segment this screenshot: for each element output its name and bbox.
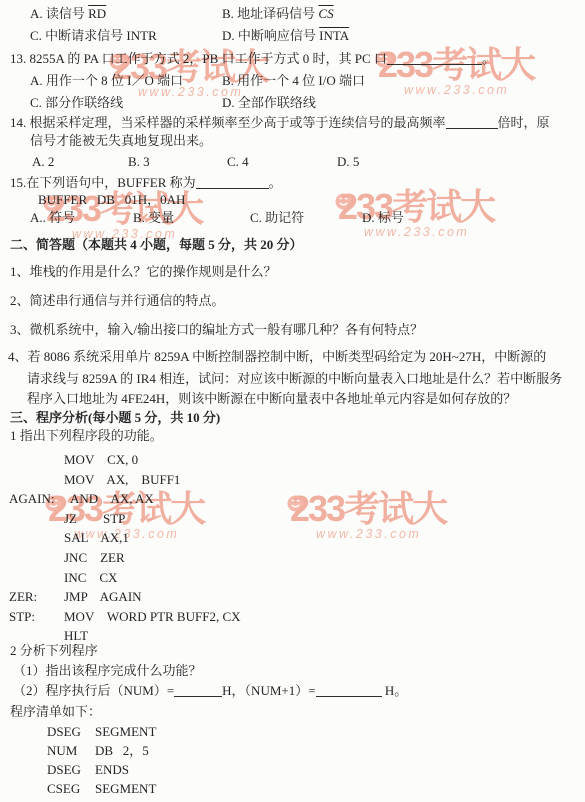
q12-option-a-text: A. 读信号 — [30, 6, 88, 21]
part-2-question-1: （1）指出该程序完成什么功能？ — [13, 663, 202, 678]
q15-stem-period: 。 — [269, 175, 282, 190]
q15-option-c: C. 助记符 — [250, 210, 304, 225]
q13-option-c: C. 部分作联络线 — [30, 95, 123, 110]
section-2-item-4-line-2: 请求线与 8259A 的 IR4 相连，试问：对应该中断源的中断向量表入口地址是… — [27, 371, 562, 386]
section-2-item-2: 2、简述串行通信与并行通信的特点。 — [10, 293, 225, 308]
section-2-item-1: 1、堆栈的作用是什么？它的操作规则是什么？ — [10, 264, 277, 279]
q14-answer-blank — [446, 115, 498, 129]
section-2-item-3-text: 3、微机系统中，输入/输出接口的编址方式一般有哪几种？各有何特点？ — [10, 322, 423, 337]
section-2-item-4-line-1: 4、若 8086 系统采用单片 8259A 中断控制器控制中断，中断类型码给定为… — [8, 349, 546, 364]
q14-stem-text: 14. 根据采样定理，当采样器的采样频率至少高于或等于连续信号的最高频率 — [10, 115, 446, 130]
q15-option-a: A.. 符号 — [30, 210, 75, 225]
q14-stem-line-2-text: 信号才能被无失真地复现出来。 — [30, 133, 212, 148]
q13-stem-period: 。 — [482, 51, 495, 66]
q13-option-d: D. 全部作联络线 — [222, 95, 316, 110]
q12-option-a: A. 读信号 RD — [30, 6, 106, 21]
signal-rd-overline: RD — [88, 6, 106, 21]
num-answer-blank — [174, 683, 222, 697]
asm-instruction: MOV WORD PTR BUFF2, CX — [64, 609, 241, 624]
q14-option-a: A. 2 — [32, 154, 54, 169]
part-2-question-2-text: （2）程序执行后（NUM）= — [13, 683, 174, 698]
part-2-question-1-text: （1）指出该程序完成什么功能？ — [13, 663, 202, 678]
segment-name: NUM — [47, 743, 77, 758]
watermark-logo-text: 233考试大 — [290, 488, 446, 529]
asm-instruction: MOV AX, BUFF1 — [64, 472, 180, 487]
q12-option-c-text: C. 中断请求信号 INTR — [30, 28, 157, 43]
asm-instruction: MOV CX, 0 — [64, 452, 138, 467]
q13-stem-text: 13. 8255A 的 PA 口工作于方式 2，PB 口工作于方式 0 时，其 … — [10, 51, 387, 66]
q12-option-b: B. 地址译码信号 CS — [222, 6, 334, 21]
asm-label: AGAIN: — [9, 491, 55, 506]
q13-answer-blank — [387, 51, 482, 65]
asm-instruction: HLT — [64, 628, 88, 643]
segment-directive: SEGMENT — [95, 781, 156, 796]
q15-options-row: A.. 符号 B. 变量 C. 助记符 D. 标号 — [0, 210, 585, 300]
section-2-item-1-text: 1、堆栈的作用是什么？它的操作规则是什么？ — [10, 264, 277, 279]
watermark: 233考试大 www.233.com — [290, 492, 446, 541]
q15-answer-blank — [196, 175, 269, 189]
segment-name: CSEG — [47, 781, 80, 796]
section-3-part-2-title: 2 分析下列程序 — [10, 643, 98, 658]
q13-option-b: B. 用作一个 4 位 I/O 端口 — [222, 73, 365, 88]
q12-option-d-text: D. 中断响应信号 — [222, 28, 319, 43]
q15-option-b: B. 变量 — [133, 210, 174, 225]
section-2-item-4-line-2-text: 请求线与 8259A 的 IR4 相连，试问：对应该中断源的中断向量表入口地址是… — [27, 371, 562, 386]
num-plus-1-answer-blank — [316, 683, 382, 697]
section-2-heading-text: 二、简答题（本题共 4 小题，每题 5 分，共 20 分） — [10, 237, 303, 252]
q14-stem-line-2: 信号才能被无失真地复现出来。 — [30, 133, 212, 148]
section-2-item-2-text: 2、简述串行通信与并行通信的特点。 — [10, 293, 225, 308]
asm-label: ZER: — [9, 589, 37, 604]
q14-option-c: C. 4 — [227, 154, 249, 169]
asm-instruction: INC CX — [64, 570, 117, 585]
part-2-question-2-end-text: H。 — [382, 683, 408, 698]
q14-option-b: B. 3 — [128, 154, 150, 169]
listing-title-text: 程序清单如下： — [10, 704, 101, 719]
section-3-heading: 三、程序分析(每小题 5 分，共 10 分) — [10, 410, 220, 425]
section-3-part-2-title-text: 2 分析下列程序 — [10, 643, 98, 658]
signal-inta-overline: INTA — [319, 28, 349, 43]
watermark-url: www.233.com — [316, 527, 446, 541]
segment-directive: ENDS — [95, 762, 129, 777]
section-3-part-1-title-text: 1 指出下列程序段的功能。 — [10, 428, 163, 443]
section-3-heading-text: 三、程序分析(每小题 5 分，共 10 分) — [10, 410, 220, 425]
q12-option-d: D. 中断响应信号 INTA — [222, 28, 349, 43]
q15-stem-text: 15.在下列语句中，BUFFER 称为 — [10, 175, 196, 190]
q14-stem-tail: 倍时，原 — [498, 115, 550, 130]
asm-instruction: SAL AX,1 — [64, 530, 129, 545]
segment-directive: DB 2，5 — [95, 743, 149, 758]
q14-option-d: D. 5 — [337, 154, 359, 169]
asm-label: STP: — [9, 609, 35, 624]
asm-instruction: JZ STP — [64, 511, 125, 526]
section-2-item-4-line-3-text: 程序入口地址为 4FE24H，则该中断源在中断向量表中各地址单元内容是如何存放的… — [27, 391, 516, 406]
q12-option-b-text: B. 地址译码信号 — [222, 6, 318, 21]
listing-title: 程序清单如下： — [10, 704, 101, 719]
q14-stem-line-1: 14. 根据采样定理，当采样器的采样频率至少高于或等于连续信号的最高频率倍时，原 — [10, 115, 550, 130]
q15-stem: 15.在下列语句中，BUFFER 称为。 — [10, 175, 282, 190]
part-2-question-2: （2）程序执行后（NUM）=H，（NUM+1）= H。 — [13, 683, 407, 698]
section-2-heading: 二、简答题（本题共 4 小题，每题 5 分，共 20 分） — [10, 237, 303, 252]
q15-code-line: BUFFER DB 01H，0AH — [38, 192, 185, 207]
segment-name: DSEG — [47, 724, 81, 739]
section-2-item-4-line-3: 程序入口地址为 4FE24H，则该中断源在中断向量表中各地址单元内容是如何存放的… — [27, 391, 516, 406]
q13-option-a: A. 用作一个 8 位 I／O 端口 — [30, 73, 183, 88]
watermark-logo: 233考试大 — [290, 492, 446, 526]
signal-cs-overline: CS — [318, 6, 333, 21]
q13-stem: 13. 8255A 的 PA 口工作于方式 2，PB 口工作于方式 0 时，其 … — [10, 51, 495, 66]
segment-name: DSEG — [47, 762, 81, 777]
asm-instruction: JMP AGAIN — [64, 589, 142, 604]
section-3-part-1-title: 1 指出下列程序段的功能。 — [10, 428, 163, 443]
asm-instruction: AND AX, AX — [70, 491, 154, 506]
q15-code-text: BUFFER DB 01H，0AH — [38, 192, 185, 207]
section-2-item-4-line-1-text: 4、若 8086 系统采用单片 8259A 中断控制器控制中断，中断类型码给定为… — [8, 349, 546, 364]
q15-option-d: D. 标号 — [362, 210, 404, 225]
smiley-face-icon — [287, 483, 304, 517]
exam-paper-page: 233考试大 www.233.com 233考试大 www.233.com 23… — [0, 0, 585, 802]
asm-instruction: JNC ZER — [64, 550, 125, 565]
q12-option-c: C. 中断请求信号 INTR — [30, 28, 157, 43]
segment-directive: SEGMENT — [95, 724, 156, 739]
part-2-question-2-mid-text: H，（NUM+1）= — [222, 683, 315, 698]
section-2-item-3: 3、微机系统中，输入/输出接口的编址方式一般有哪几种？各有何特点？ — [10, 322, 423, 337]
